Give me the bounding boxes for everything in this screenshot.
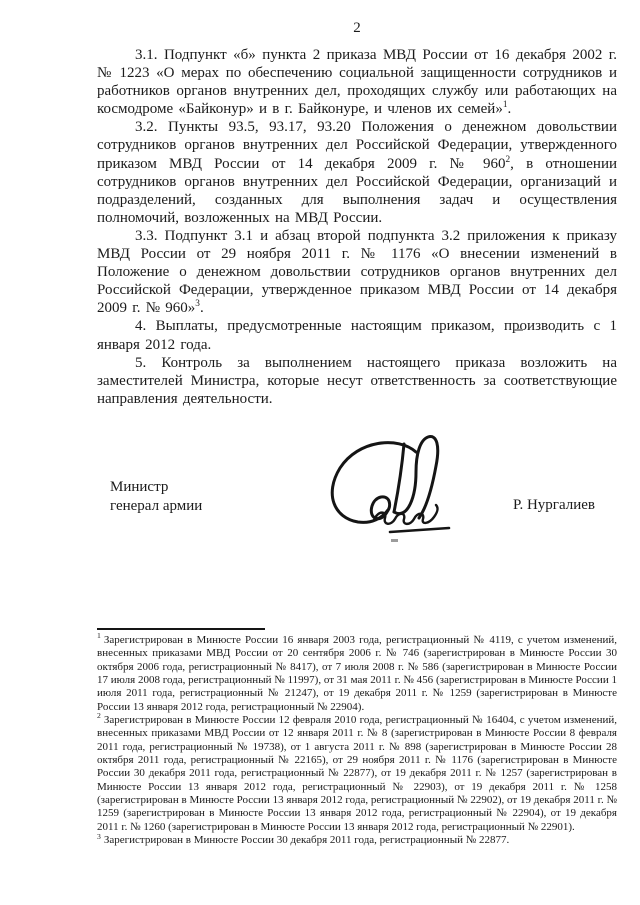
scan-artifact-smudge: [391, 539, 398, 542]
document-page: 2 3.1. Подпункт «б» пункта 2 приказа МВД…: [0, 0, 640, 905]
signer-position-line-2: генерал армии: [110, 497, 202, 516]
footnote-3-text: Зарегистрирован в Минюсте России 30 дека…: [104, 834, 509, 846]
paragraph-4: 4. Выплаты, предусмотренные настоящим пр…: [97, 317, 617, 353]
signature-underline: [390, 528, 449, 532]
handwritten-signature-icon: [318, 430, 460, 545]
footnote-separator: [97, 628, 265, 630]
footnote-1-text: Зарегистрирован в Минюсте России 16 янва…: [97, 634, 617, 713]
paragraph-3-1: 3.1. Подпункт «б» пункта 2 приказа МВД Р…: [97, 46, 617, 118]
paragraph-4-text: 4. Выплаты, предусмотренные настоящим пр…: [97, 318, 617, 352]
paragraph-3-3: 3.3. Подпункт 3.1 и абзац второй подпунк…: [97, 227, 617, 317]
signer-name: Р. Нургалиев: [513, 497, 595, 514]
order-body: 3.1. Подпункт «б» пункта 2 приказа МВД Р…: [97, 46, 617, 408]
signer-position: Министр генерал армии: [110, 478, 202, 516]
paragraph-5: 5. Контроль за выполнением настоящего пр…: [97, 354, 617, 408]
paragraph-3-3-tail: .: [200, 300, 204, 316]
signer-position-line-1: Министр: [110, 478, 202, 497]
footnote-2: 2Зарегистрирован в Минюсте России 12 фев…: [97, 714, 617, 834]
footnote-3-marker: 3: [97, 832, 101, 841]
footnote-2-marker: 2: [97, 711, 101, 720]
paragraph-3-3-text: 3.3. Подпункт 3.1 и абзац второй подпунк…: [97, 228, 617, 316]
footnote-2-text: Зарегистрирован в Минюсте России 12 февр…: [97, 714, 617, 833]
paragraph-3-1-tail: .: [507, 101, 511, 117]
footnote-1: 1Зарегистрирован в Минюсте России 16 янв…: [97, 634, 617, 714]
footnote-3: 3Зарегистрирован в Минюсте России 30 дек…: [97, 834, 617, 847]
paragraph-5-text: 5. Контроль за выполнением настоящего пр…: [97, 355, 617, 407]
paragraph-3-2: 3.2. Пункты 93.5, 93.17, 93.20 Положения…: [97, 118, 617, 227]
footnote-1-marker: 1: [97, 631, 101, 640]
scan-artifact-dash: [514, 329, 523, 331]
page-number: 2: [97, 20, 617, 37]
footnotes: 1Зарегистрирован в Минюсте России 16 янв…: [97, 634, 617, 848]
paragraph-3-1-text: 3.1. Подпункт «б» пункта 2 приказа МВД Р…: [97, 47, 617, 117]
